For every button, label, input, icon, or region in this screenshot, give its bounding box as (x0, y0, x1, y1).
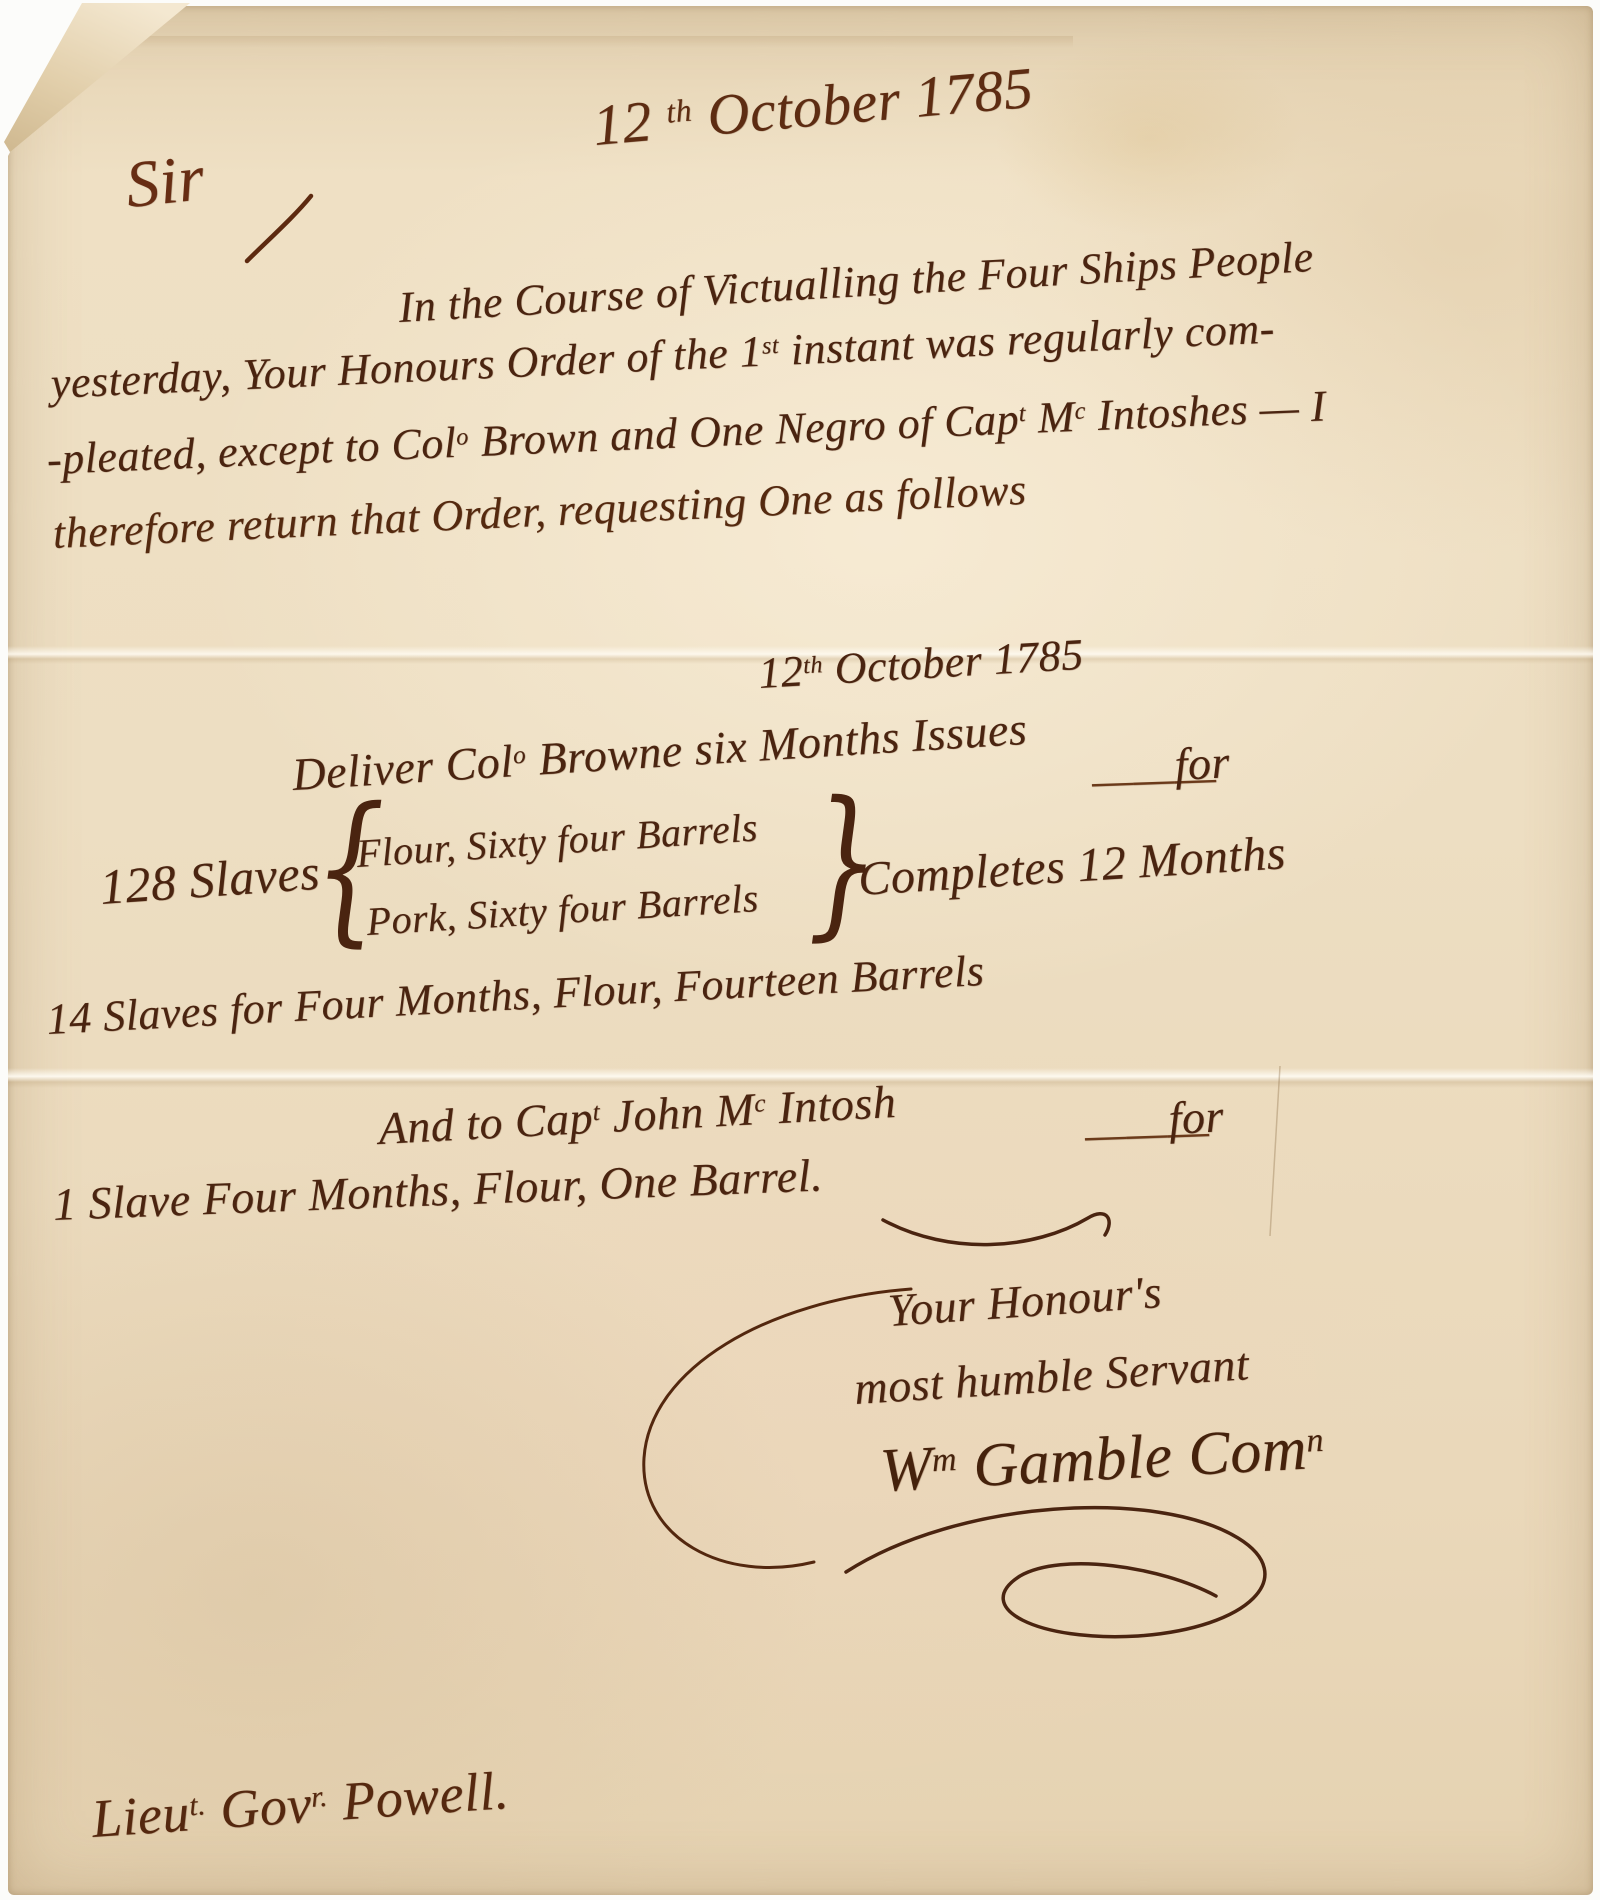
letter-paper: 12 th October 1785 Sir In the Course of … (8, 6, 1593, 1895)
and-to-line: And to Capt John Mc Intosh (377, 1075, 897, 1155)
scan-background: 12 th October 1785 Sir In the Course of … (0, 0, 1600, 1900)
date-day: 12 (590, 87, 669, 158)
date-line-top: 12 th October 1785 (590, 54, 1036, 159)
closing-paraph-curve (644, 1289, 911, 1567)
group-result: Completes 12 Months (857, 825, 1288, 907)
deliver-order-line: Deliver Colo Browne six Months Issues (291, 702, 1029, 801)
for-word-2: for (1167, 1089, 1225, 1145)
date-ordinal: th (665, 93, 694, 130)
signature-flourish (846, 1508, 1265, 1637)
group-item-flour: Flour, Sixty four Barrels (355, 803, 759, 877)
line-1-slave: 1 Slave Four Months, Flour, One Barrel. (52, 1148, 824, 1231)
date-line-middle: 12th October 1785 (757, 629, 1085, 699)
closing-line-2: most humble Servant (853, 1337, 1251, 1415)
line-14-slaves: 14 Slaves for Four Months, Flour, Fourte… (45, 945, 985, 1045)
salutation: Sir (122, 140, 208, 224)
vertical-crease-mark (1270, 1066, 1280, 1236)
group-item-pork: Pork, Sixty four Barrels (365, 874, 760, 945)
signature: Wm Gamble Comn (878, 1413, 1326, 1507)
date-month-year: October 1785 (690, 55, 1036, 150)
closing-line-1: Your Honour's (886, 1265, 1163, 1337)
for-word-1: for (1173, 735, 1231, 791)
addressee-line: Lieut. Govr. Powell. (90, 1759, 511, 1850)
top-edge-crease (48, 36, 1073, 48)
one-barrel-swash (883, 1214, 1109, 1245)
group-quantity: 128 Slaves (98, 843, 322, 916)
salutation-slash-stroke (247, 196, 311, 261)
